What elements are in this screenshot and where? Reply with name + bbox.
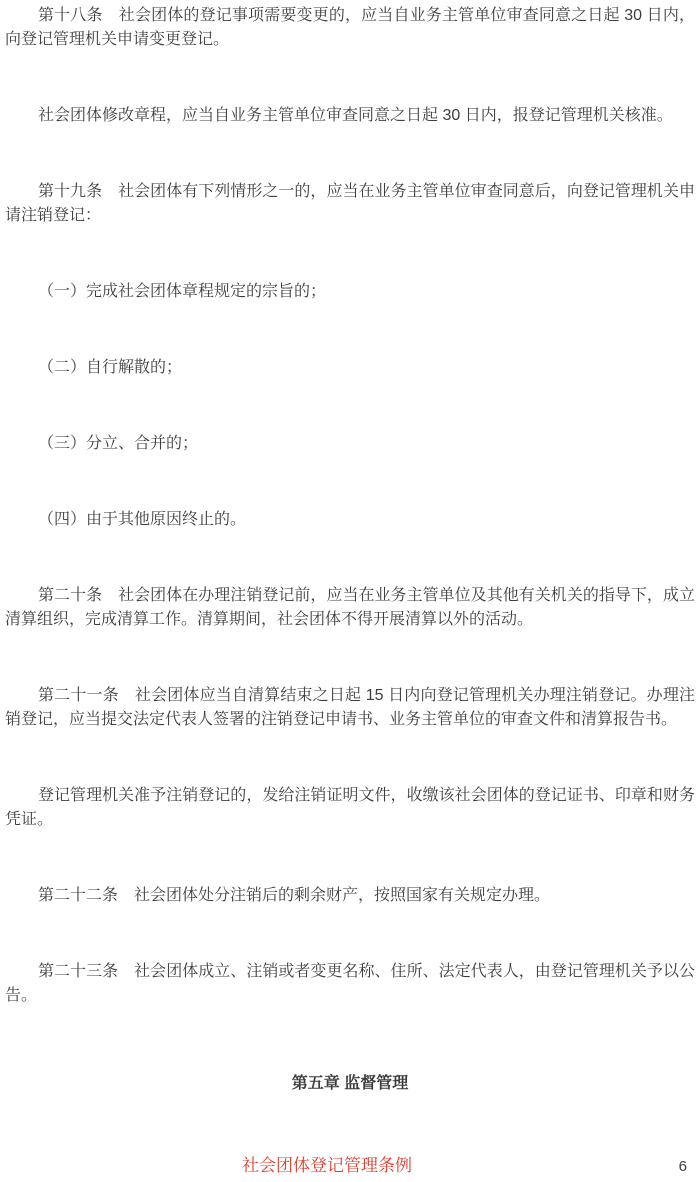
article-20-paragraph: 第二十条 社会团体在办理注销登记前，应当在业务主管单位及其他有关机关的指导下，成… <box>5 584 695 632</box>
page-footer: 社会团体登记管理条例 6 <box>0 1155 700 1181</box>
deregistration-certificate-paragraph: 登记管理机关准予注销登记的，发给注销证明文件，收缴该社会团体的登记证书、印章和财… <box>5 784 695 832</box>
article-22-paragraph: 第二十二条 社会团体处分注销后的剩余财产，按照国家有关规定办理。 <box>5 884 695 908</box>
footer-document-title: 社会团体登记管理条例 <box>242 1155 412 1177</box>
document-page: 第十八条 社会团体的登记事项需要变更的，应当自业务主管单位审查同意之日起 30 … <box>0 0 700 1182</box>
article-19-item-4: （四）由于其他原因终止的。 <box>5 508 695 532</box>
document-body: 第十八条 社会团体的登记事项需要变更的，应当自业务主管单位审查同意之日起 30 … <box>0 0 700 1096</box>
article-19-item-1: （一）完成社会团体章程规定的宗旨的； <box>5 280 695 304</box>
article-19-item-3: （三）分立、合并的； <box>5 432 695 456</box>
charter-amendment-paragraph: 社会团体修改章程，应当自业务主管单位审查同意之日起 30 日内，报登记管理机关核… <box>5 104 695 128</box>
chapter-heading: 第五章 监督管理 <box>5 1072 695 1096</box>
article-23-paragraph: 第二十三条 社会团体成立、注销或者变更名称、住所、法定代表人，由登记管理机关予以… <box>5 960 695 1008</box>
article-21-paragraph: 第二十一条 社会团体应当自清算结束之日起 15 日内向登记管理机关办理注销登记。… <box>5 684 695 732</box>
article-19-paragraph: 第十九条 社会团体有下列情形之一的，应当在业务主管单位审查同意后，向登记管理机关… <box>5 180 695 228</box>
article-19-item-2: （二）自行解散的； <box>5 356 695 380</box>
article-18-paragraph: 第十八条 社会团体的登记事项需要变更的，应当自业务主管单位审查同意之日起 30 … <box>5 4 695 52</box>
page-number: 6 <box>679 1157 687 1177</box>
